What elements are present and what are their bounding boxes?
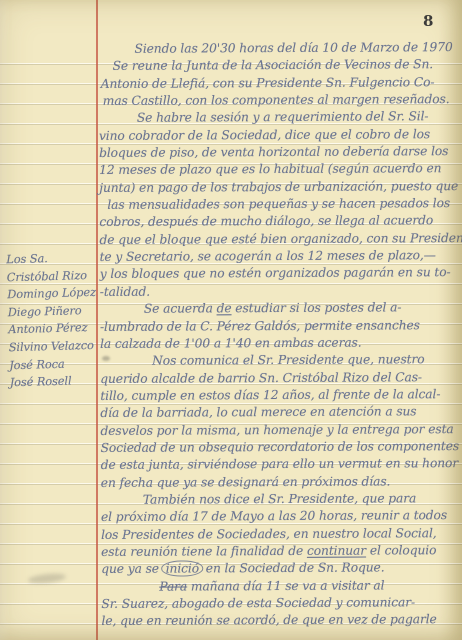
page-number: 8 (423, 12, 434, 30)
handwritten-line: las mensualidades son pequeñas y se hace… (99, 195, 459, 214)
struck-word: Para (159, 579, 187, 593)
underlined-word: de (217, 301, 232, 315)
handwritten-line: de que el bloque que esté bien organizad… (99, 230, 459, 249)
handwritten-line: 12 meses de plazo que es lo habitual (se… (99, 160, 459, 179)
handwritten-line: esta reunión tiene la finalidad de conti… (101, 542, 461, 561)
handwritten-line: bloques de piso, de venta horizontal no … (99, 143, 459, 162)
handwritten-line: -talidad. (100, 282, 460, 301)
attendees-margin-list: Los Sa. Cristóbal RizoDomingo LópezDiego… (6, 249, 102, 392)
minutes-text: Siendo las 20'30 horas del día 10 de Mar… (98, 39, 461, 631)
handwritten-line: los Presidentes de Sociedades, en nuestr… (101, 525, 461, 544)
handwritten-line: vino cobrador de la Sociedad, dice que e… (99, 126, 459, 145)
handwritten-line: También nos dice el Sr. Presidente, que … (101, 490, 461, 509)
handwritten-line: de esta junta, sirviéndose para ello un … (101, 455, 461, 474)
handwritten-line: Se habre la sesión y a requerimiento del… (99, 108, 459, 127)
handwritten-line: mas Castillo, con los componentes al mar… (99, 91, 459, 110)
handwritten-line: Se acuerda de estudiar si los postes del… (100, 299, 460, 318)
circled-word: inició (162, 561, 203, 577)
handwritten-line: Para mañana día 11 se va a visitar al (101, 577, 461, 596)
handwritten-line: el próximo día 17 de Mayo a las 20 horas… (101, 507, 461, 526)
handwritten-line: cobros, después de mucho diálogo, se lle… (99, 212, 459, 231)
handwritten-line: que ya se inició en la Sociedad de Sn. R… (101, 559, 461, 578)
handwritten-line: le, que en reunión se acordó, de que en … (101, 611, 461, 630)
scanned-minutes-page: { "document": { "page_number": "8", "col… (0, 0, 462, 640)
handwritten-line: Se reune la Junta de la Asociación de Ve… (99, 56, 459, 75)
handwritten-line: junta) en pago de los trabajos de urbani… (99, 178, 459, 197)
handwritten-line: Siendo las 20'30 horas del día 10 de Mar… (98, 39, 458, 58)
handwritten-line: día de la barriada, lo cual merece en at… (100, 403, 460, 422)
handwritten-line: la calzada de 1'00 a 1'40 en ambas acera… (100, 334, 460, 353)
attendee-name: Silvino Velazco (9, 337, 101, 357)
underlined-word: continuar (307, 544, 366, 558)
handwritten-line: en fecha que ya se designará en próximos… (101, 473, 461, 492)
attendee-name: Domingo López (7, 284, 99, 304)
handwritten-line: Nos comunica el Sr. Presidente que, nues… (100, 351, 460, 370)
handwritten-line: -lumbrado de la C. Pérez Galdós, permite… (100, 317, 460, 336)
handwritten-line: Sociedad de un obsequio recordatorio de … (101, 438, 461, 457)
handwritten-line: tillo, cumple en estos días 12 años, al … (100, 386, 460, 405)
handwritten-line: desvelos por la misma, un homenaje y la … (100, 421, 460, 440)
handwritten-line: querido alcalde de barrio Sn. Cristóbal … (100, 369, 460, 388)
handwritten-line: te y Secretario, se acogerán a los 12 me… (100, 247, 460, 266)
attendee-name: José Rosell (9, 372, 101, 392)
handwritten-line: Sr. Suarez, abogado de esta Sociedad y c… (101, 594, 461, 613)
handwritten-line: Antonio de Llefiá, con su Presidente Sn.… (99, 74, 459, 93)
handwritten-line: y los bloques que no estén organizados p… (100, 265, 460, 284)
